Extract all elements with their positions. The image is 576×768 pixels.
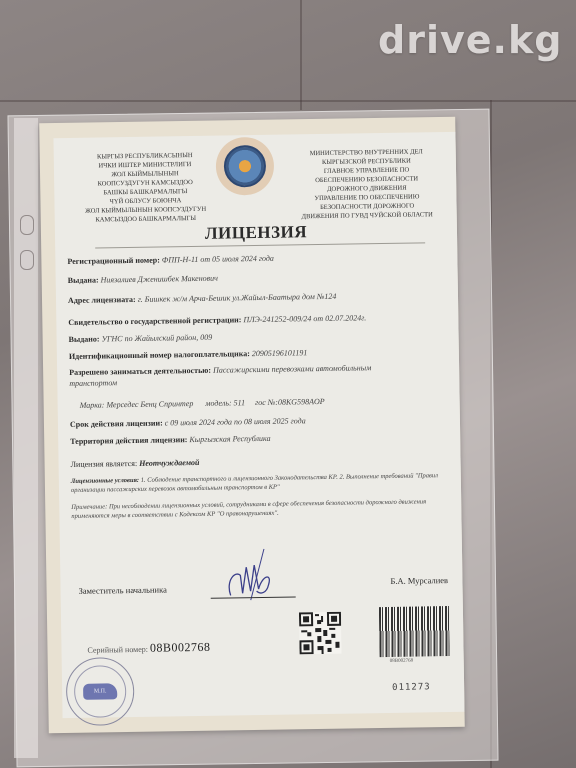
- vehicle-make-label: Марка:: [80, 400, 105, 409]
- field-label: Срок действия лицензии:: [70, 419, 163, 429]
- header-kyrgyz: Кыргыз Республикасынын Ички иштер минист…: [60, 150, 231, 225]
- field-label: Выдана:: [68, 276, 99, 285]
- field-territory: Территория действия лицензии: Кыргызская…: [70, 430, 450, 447]
- note-label: Примечание:: [71, 503, 107, 511]
- barcode: [379, 606, 450, 657]
- stamp-text: М.П.: [83, 683, 117, 700]
- field-label: Разрешено заниматься деятельностью:: [69, 366, 211, 377]
- barcode-number: 08B002768: [390, 659, 413, 664]
- kyrgyz-state-emblem-icon: [215, 137, 274, 196]
- field-value: ПЛЭ-241252-009/24 от 02.07.2024г.: [243, 313, 366, 324]
- field-state-registration: Свидетельство о государственной регистра…: [68, 311, 448, 328]
- field-label: Идентификационный номер налогоплательщик…: [69, 349, 250, 361]
- drive-kg-watermark: drive.kg: [378, 18, 562, 62]
- qr-code-icon: [299, 612, 342, 655]
- field-validity: Срок действия лицензии: с 09 июля 2024 г…: [70, 413, 450, 430]
- license-conditions: Лицензионные условия: 1. Соблюдение тран…: [71, 472, 451, 495]
- document-number: 011273: [392, 682, 431, 693]
- field-address: Адрес лицензиата: г. Бишкек ж/м Арча-Беш…: [68, 289, 448, 306]
- field-value: 20905196101191: [252, 348, 308, 358]
- vehicle-model-label: модель:: [205, 398, 231, 407]
- field-value: Неотчуждаемой: [139, 458, 199, 468]
- field-label: Адрес лицензиата:: [68, 295, 136, 305]
- floor-tile-seam: [300, 0, 302, 110]
- license-document: Кыргыз Республикасынын Ички иштер минист…: [53, 132, 464, 718]
- field-value: ФПП-Н-11 от 05 июля 2024 года: [162, 254, 274, 265]
- vehicle-plate: 08KG598AOP: [278, 397, 325, 407]
- header-russian: Министерство внутренних дел Кыргызской Р…: [279, 147, 455, 222]
- note-text: При несоблюдении лицензионных условий, с…: [71, 498, 426, 519]
- field-registration-number: Регистрационный номер: ФПП-Н-11 от 05 ию…: [67, 250, 447, 267]
- field-value: г. Бишкек ж/м Арча-Бешик ул.Жайыл-Баатыр…: [138, 292, 337, 304]
- field-value: с 09 июля 2024 года по 08 июля 2025 года: [165, 416, 306, 427]
- field-activity: Разрешено заниматься деятельностью: Пасс…: [69, 362, 399, 389]
- serial-value: 08B002768: [150, 640, 211, 655]
- signatory-role: Заместитель начальника: [79, 584, 167, 595]
- field-label: Территория действия лицензии:: [70, 435, 187, 446]
- field-label: Регистрационный номер:: [67, 256, 160, 266]
- field-taxpayer-id: Идентификационный номер налогоплательщик…: [69, 345, 449, 362]
- field-value: Кыргызская Республика: [189, 434, 270, 444]
- official-stamp-icon: М.П.: [66, 657, 135, 726]
- field-value: Ниязалиев Дженишбек Макенович: [101, 274, 218, 285]
- field-transferability: Лицензия является: Неотчуждаемой: [71, 453, 451, 470]
- license-note: Примечание: При несоблюдении лицензионны…: [71, 498, 451, 521]
- serial-number: Серийный номер: 08B002768: [87, 640, 210, 657]
- conditions-label: Лицензионные условия:: [71, 477, 139, 485]
- vehicle-plate-label: гос №:: [255, 398, 278, 407]
- serial-label: Серийный номер:: [87, 645, 148, 655]
- signatory-name: Б.А. Мурсалиев: [390, 575, 448, 586]
- field-label: Выдано:: [69, 334, 100, 343]
- field-label: Свидетельство о государственной регистра…: [68, 315, 241, 327]
- vehicle-make: Мерседес Бенц Спринтер: [106, 399, 193, 409]
- field-value: УГНС по Жайылский район, 009: [101, 333, 212, 344]
- field-issued-by: Выдано: УГНС по Жайылский район, 009: [69, 328, 449, 345]
- field-label: Лицензия является:: [71, 459, 138, 469]
- field-issued-to: Выдана: Ниязалиев Дженишбек Макенович: [68, 269, 448, 286]
- field-vehicle: Марка: Мерседес Бенц Спринтер модель: 51…: [80, 394, 460, 411]
- sleeve-binding-strip: [14, 118, 38, 758]
- punch-hole-icon: [20, 215, 34, 235]
- punch-hole-icon: [20, 250, 34, 270]
- vehicle-model: 511: [234, 398, 246, 407]
